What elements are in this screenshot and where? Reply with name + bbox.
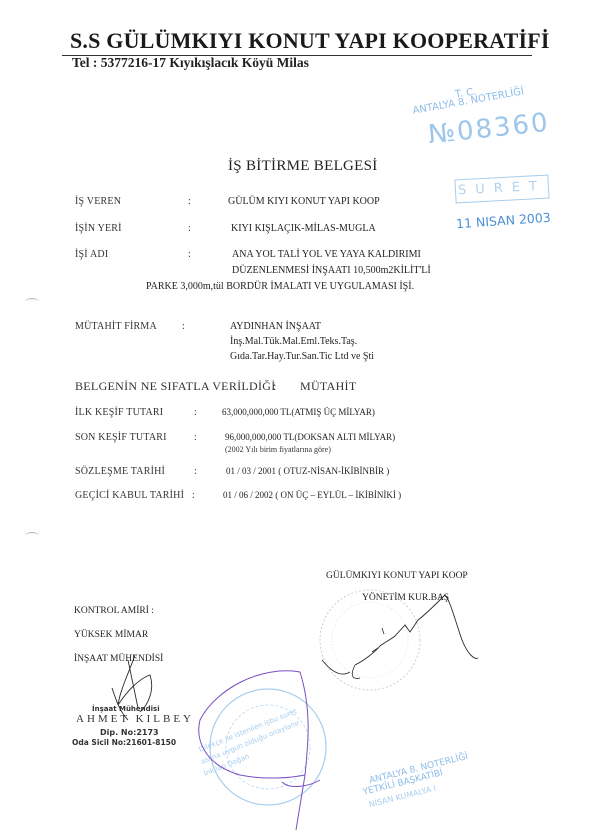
employer-colon: : xyxy=(188,196,191,207)
work-name-line1: ANA YOL TALİ YOL VE YAYA KALDIRIMI xyxy=(232,249,421,260)
issuer-role: YÖNETİM KUR.BAŞ xyxy=(362,593,449,603)
site-value: KIYI KIŞLAÇIK-MİLAS-MUGLA xyxy=(231,223,376,234)
contract-date-label: SÖZLEŞME TARİHİ xyxy=(75,466,165,477)
punch-hole-mark xyxy=(25,532,39,540)
initial-estimate-label: İLK KEŞİF TUTARI xyxy=(75,407,163,418)
issuer-organization: GÜLÜMKIYI KONUT YAPI KOOP xyxy=(326,571,468,581)
final-estimate-note: (2002 Yılı birim fiyatlarına göre) xyxy=(225,445,331,454)
engineer-stamp-name: AHMET KILBEY xyxy=(76,713,194,725)
final-estimate-colon: : xyxy=(194,432,197,443)
notary-stamp-date: 11 NISAN 2003 xyxy=(456,210,552,232)
site-colon: : xyxy=(188,223,191,234)
contractor-line3: Gıda.Tar.Hay.Tur.San.Tic Ltd ve Şti xyxy=(230,351,374,362)
contractor-label: MÜTAHİT FİRMA xyxy=(75,321,157,332)
chairman-signature-icon xyxy=(355,595,478,665)
initial-estimate-colon: : xyxy=(194,407,197,418)
acceptance-date-colon: : xyxy=(192,490,195,501)
work-name-label: İŞİ ADI xyxy=(75,249,108,260)
work-name-colon: : xyxy=(188,249,191,260)
svg-text:aslına uygun olduğu onaylanır: aslına uygun olduğu onaylanır xyxy=(200,719,301,766)
engineer-stamp-diploma: Dip. No:2173 xyxy=(100,728,159,737)
contractor-colon: : xyxy=(182,321,185,332)
capacity-colon: : xyxy=(273,379,277,394)
initial-estimate-value: 63,000,000,000 TL(ATMIŞ ÜÇ MİLYAR) xyxy=(222,407,375,417)
cooperative-seal-icon xyxy=(320,590,420,690)
employer-label: İŞ VEREN xyxy=(75,196,121,207)
final-estimate-label: SON KEŞİF TUTARI xyxy=(75,432,167,443)
organization-name: S.S GÜLÜMKIYI KONUT YAPI KOOPERATİFİ xyxy=(70,28,550,54)
control-chief-label: KONTROL AMİRİ : xyxy=(74,606,154,616)
final-estimate-value: 96,000,000,000 TL(DOKSAN ALTI MİLYAR) xyxy=(225,432,395,442)
contract-date-colon: : xyxy=(194,466,197,477)
engineer-stamp-chamber: Oda Sicil No:21601-8150 xyxy=(72,738,176,747)
notary-seal-icon xyxy=(210,689,326,805)
work-name-line2: DÜZENLENMESİ İNŞAATI 10,500m2KİLİT'Lİ xyxy=(232,265,431,276)
svg-text:İnkilap Doğan: İnkilap Doğan xyxy=(202,751,250,777)
punch-hole-mark xyxy=(25,298,39,306)
contractor-line2: İnş.Mal.Tük.Mal.Eml.Teks.Taş. xyxy=(230,336,357,347)
document-title: İŞ BİTİRME BELGESİ xyxy=(228,158,378,175)
organization-contact: Tel : 5377216-17 Kıyıkışlacık Köyü Milas xyxy=(72,55,309,71)
capacity-value: MÜTAHİT xyxy=(300,379,356,394)
contractor-line1: AYDINHAN İNŞAAT xyxy=(230,321,321,332)
acceptance-date-label: GEÇİCİ KABUL TARİHİ xyxy=(75,490,184,501)
svg-text:Dilekçe ile istenilen işbu sur: Dilekçe ile istenilen işbu suret xyxy=(198,707,299,754)
capacity-label: BELGENİN NE SIFATLA VERİLDİĞİ xyxy=(75,379,276,394)
acceptance-date-value: 01 / 06 / 2002 ( ON ÜÇ – EYLÜL – İKİBİNİ… xyxy=(223,490,401,500)
control-title-architect: YÜKSEK MİMAR xyxy=(74,630,148,640)
suret-stamp: SURET xyxy=(454,175,549,204)
notary-stamp-number: №08360 xyxy=(427,108,551,151)
contract-date-value: 01 / 03 / 2001 ( OTUZ-NİSAN-İKİBİNBİR ) xyxy=(226,466,389,476)
site-label: İŞİN YERİ xyxy=(75,223,122,234)
notary-signature-icon xyxy=(199,671,320,830)
engineer-stamp-title: İnşaat Mühendisi xyxy=(92,705,160,713)
employer-value: GÜLÜM KIYI KONUT YAPI KOOP xyxy=(228,196,380,207)
control-title-engineer: İNŞAAT MÜHENDİSİ xyxy=(74,654,163,664)
work-name-line3: PARKE 3,000m,tül BORDÜR İMALATI VE UYGUL… xyxy=(146,281,414,292)
